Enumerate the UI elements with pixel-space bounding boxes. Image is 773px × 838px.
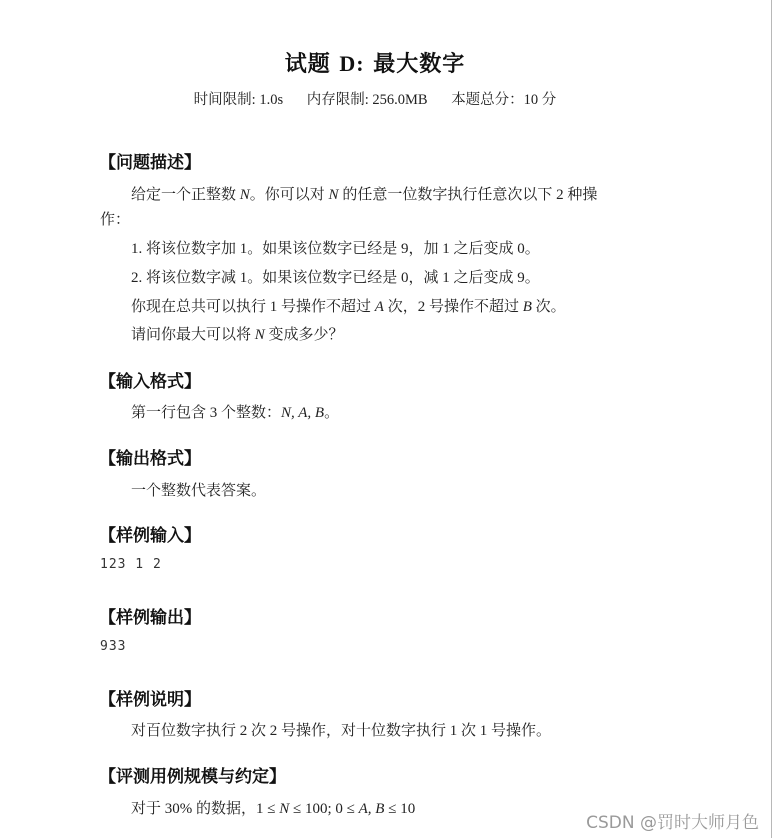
constraints-text: 对于 30% 的数据，1 ≤ N ≤ 100; 0 ≤ A, B ≤ 10 [131,797,415,818]
math-var: A [375,299,384,315]
time-limit: 时间限制: 1.0s [194,92,283,108]
sample-output-value: 933 [100,639,126,654]
constraints-heading: 【评测用例规模与约定】 [99,762,286,787]
description-question: 请问你最大可以将 N 变成多少？ [131,323,344,344]
text: ≤ 100; 0 ≤ [289,801,358,817]
input-format-heading: 【输入格式】 [99,367,201,392]
title-prefix: 试题 [285,52,331,77]
problem-meta: 时间限制: 1.0s 内存限制: 256.0MB 本题总分：10 分 [0,88,750,109]
sample-input-heading: 【样例输入】 [99,521,201,546]
problem-title: 试题 D: 最大数字 [0,47,750,78]
description-heading: 【问题描述】 [99,148,201,173]
title-name: 最大数字 [373,52,465,77]
text: 你现在总共可以执行 1 号操作不超过 [131,299,375,315]
text: 第一行包含 3 个整数： [131,405,281,421]
page-right-border [771,0,772,838]
text: 。你可以对 [250,187,329,203]
sample-input-value: 123 1 2 [100,557,162,572]
text: 。 [324,405,339,421]
math-var: N [279,801,289,817]
title-letter: D: [339,51,364,76]
text: 对于 30% 的数据，1 ≤ [131,801,279,817]
sample-explanation-heading: 【样例说明】 [99,685,201,710]
text: 请问你最大可以将 [131,327,255,343]
description-line-2: 作： [100,208,130,229]
output-format-heading: 【输出格式】 [99,444,201,469]
total-score: 本题总分：10 分 [451,92,556,108]
math-var: N [255,327,265,343]
text: 的任意一位数字执行任意次以下 2 种操 [339,187,598,203]
sample-output-heading: 【样例输出】 [99,603,201,628]
operation-1: 1. 将该位数字加 1。如果该位数字已经是 9，加 1 之后变成 0。 [131,237,540,258]
input-format-text: 第一行包含 3 个整数：N, A, B。 [131,401,339,422]
math-var: N [329,187,339,203]
text: 给定一个正整数 [131,187,240,203]
text: 次。 [532,299,566,315]
csdn-watermark: CSDN @罚时大师月色 [586,808,759,833]
math-var: B [523,299,532,315]
sample-explanation-text: 对百位数字执行 2 次 2 号操作，对十位数字执行 1 次 1 号操作。 [131,719,551,740]
operation-2: 2. 将该位数字减 1。如果该位数字已经是 0，减 1 之后变成 9。 [131,266,540,287]
text: ≤ 10 [384,801,415,817]
text: 变成多少？ [265,327,344,343]
memory-limit: 内存限制: 256.0MB [307,92,428,108]
math-var: N [240,187,250,203]
math-var: N, A, B [281,405,324,421]
math-var: A, B [359,801,385,817]
description-line-1: 给定一个正整数 N。你可以对 N 的任意一位数字执行任意次以下 2 种操 [131,183,597,204]
output-format-text: 一个整数代表答案。 [131,479,266,500]
text: 次，2 号操作不超过 [384,299,523,315]
description-limits: 你现在总共可以执行 1 号操作不超过 A 次，2 号操作不超过 B 次。 [131,295,566,316]
